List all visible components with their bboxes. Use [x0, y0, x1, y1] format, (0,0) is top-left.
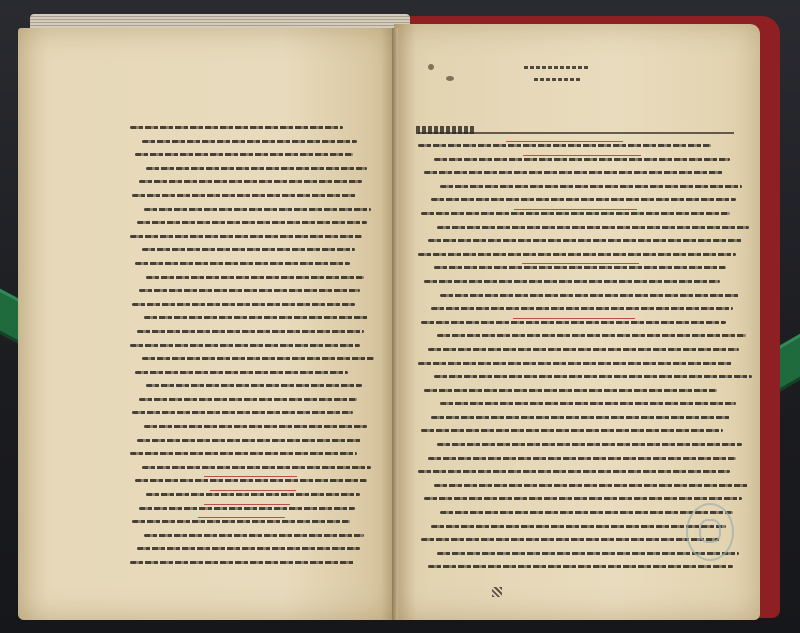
text-line — [431, 198, 736, 201]
text-line — [135, 153, 353, 156]
text-line — [142, 248, 355, 251]
text-line — [418, 362, 733, 365]
text-line — [431, 307, 733, 310]
text-line — [135, 479, 367, 482]
text-line — [139, 398, 357, 401]
book-gutter — [392, 28, 398, 620]
text-line — [421, 429, 723, 432]
right-page-text-block — [418, 144, 736, 579]
ink-stain — [446, 76, 454, 81]
text-line — [418, 470, 730, 473]
text-line — [428, 565, 733, 568]
text-line — [437, 334, 745, 337]
text-line — [132, 303, 355, 306]
text-line — [132, 520, 350, 523]
text-line — [421, 538, 720, 541]
text-line — [421, 212, 729, 215]
text-line — [137, 547, 360, 550]
text-line — [146, 167, 366, 170]
text-line — [130, 452, 357, 455]
text-line — [428, 457, 736, 460]
left-page-text-block — [130, 126, 362, 575]
ownership-seal-stamp — [686, 503, 734, 561]
manuscript-book — [18, 14, 788, 614]
text-line — [146, 384, 362, 387]
text-line — [142, 466, 372, 469]
text-line — [428, 348, 740, 351]
text-line — [130, 561, 355, 564]
text-line — [142, 140, 358, 143]
text-line — [424, 389, 717, 392]
text-line — [135, 371, 348, 374]
text-line — [431, 416, 730, 419]
text-line — [144, 208, 371, 211]
text-line — [440, 294, 739, 297]
text-line — [434, 266, 727, 269]
text-line — [421, 321, 726, 324]
folio-mark — [492, 587, 502, 597]
text-line — [434, 158, 730, 161]
marginal-note-line-2 — [534, 78, 580, 81]
text-line — [137, 439, 362, 442]
text-line — [431, 525, 727, 528]
text-line — [132, 411, 352, 414]
text-line — [424, 171, 723, 174]
text-line — [424, 497, 742, 500]
text-line — [440, 511, 733, 514]
text-line — [440, 185, 742, 188]
text-line — [130, 235, 362, 238]
text-line — [440, 402, 736, 405]
text-line — [434, 484, 749, 487]
text-line — [146, 493, 359, 496]
text-line — [424, 280, 720, 283]
text-line — [146, 276, 364, 279]
text-line — [137, 221, 367, 224]
text-line — [142, 357, 374, 360]
text-line — [137, 330, 364, 333]
text-line — [434, 375, 752, 378]
text-line — [144, 425, 367, 428]
text-line — [139, 507, 355, 510]
text-line — [139, 289, 359, 292]
text-line — [418, 144, 711, 147]
text-line — [144, 534, 364, 537]
text-line — [418, 253, 736, 256]
text-line — [437, 443, 742, 446]
text-line — [130, 126, 343, 129]
text-line — [437, 226, 749, 229]
text-line — [135, 262, 351, 265]
heading-rule — [418, 132, 734, 134]
marginal-note-line-1 — [524, 66, 588, 69]
text-line — [139, 180, 362, 183]
text-line — [144, 316, 369, 319]
text-line — [428, 239, 743, 242]
text-line — [132, 194, 357, 197]
text-line — [130, 344, 360, 347]
ink-stain — [428, 64, 434, 70]
